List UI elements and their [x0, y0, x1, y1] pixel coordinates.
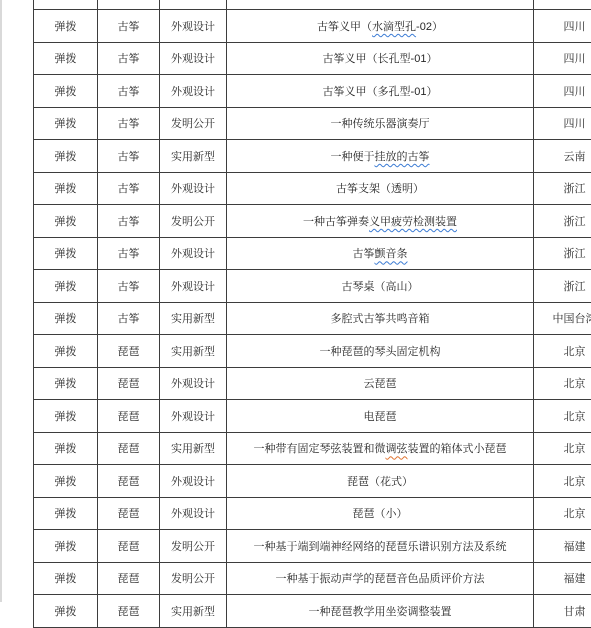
- clipped-row: [34, 0, 591, 10]
- cell-patent-type: 实用新型: [160, 140, 227, 173]
- table-row: 弹拨琵琶实用新型一种带有固定琴弦装置和微调弦装置的箱体式小琵琶北京: [34, 432, 591, 465]
- cell-province: 北京: [534, 335, 591, 368]
- cell-category: 弹拨: [34, 270, 98, 303]
- title-text: 一种传统乐器演奏厅: [331, 118, 430, 130]
- cell-title: 古筝义甲（长孔型-01）: [227, 42, 534, 75]
- title-text: 一种便于: [331, 151, 375, 163]
- cell-province: 浙江: [534, 270, 591, 303]
- cell-category: 弹拨: [34, 367, 98, 400]
- spellcheck-underline: 水滴型孔: [372, 21, 416, 33]
- title-text: 一种琵琶的琴头固定机构: [320, 346, 441, 358]
- title-text: 古筝义甲（多孔型-01）: [323, 86, 438, 98]
- cell-instrument: 古筝: [98, 75, 160, 108]
- cell-patent-type: 实用新型: [160, 302, 227, 335]
- table-row: 弹拨琵琶外观设计云琵琶北京: [34, 367, 591, 400]
- cell-instrument: 琵琶: [98, 465, 160, 498]
- cell-category: 弹拨: [34, 140, 98, 173]
- table-row: 弹拨琵琶实用新型一种琵琶教学用坐姿调整装置甘肃: [34, 595, 591, 603]
- cell-title: 一种基于端到端神经网络的琵琶乐谱识别方法及系统: [227, 530, 534, 563]
- cell-instrument: 琵琶: [98, 400, 160, 433]
- cell-patent-type: 发明公开: [160, 530, 227, 563]
- cell-patent-type: 外观设计: [160, 367, 227, 400]
- cell-instrument: 琵琶: [98, 497, 160, 530]
- cell-patent-type: 外观设计: [160, 497, 227, 530]
- cell-category: 弹拨: [34, 432, 98, 465]
- clipped-cell: [160, 0, 227, 10]
- cell-category: 弹拨: [34, 237, 98, 270]
- cell-patent-type: 外观设计: [160, 75, 227, 108]
- cell-title: 云琵琶: [227, 367, 534, 400]
- table-row: 弹拨古筝外观设计古筝义甲（水滴型孔-02）四川: [34, 10, 591, 43]
- cell-patent-type: 实用新型: [160, 595, 227, 603]
- cell-province: 中国台湾: [534, 302, 591, 335]
- cell-category: 弹拨: [34, 10, 98, 43]
- cell-patent-type: 发明公开: [160, 205, 227, 238]
- cell-province: 福建: [534, 562, 591, 595]
- title-text: 琵琶（小）: [353, 508, 408, 520]
- cell-instrument: 古筝: [98, 205, 160, 238]
- cell-instrument: 琵琶: [98, 562, 160, 595]
- cell-category: 弹拨: [34, 42, 98, 75]
- cell-province: 北京: [534, 432, 591, 465]
- table-row: 弹拨琵琶发明公开一种基于振动声学的琵琶音色品质评价方法福建: [34, 562, 591, 595]
- cell-province: 北京: [534, 400, 591, 433]
- cell-title: 电琵琶: [227, 400, 534, 433]
- table-row: 弹拨古筝外观设计古筝支架（透明）浙江: [34, 172, 591, 205]
- title-text: 多腔式古筝共鸣音箱: [331, 313, 430, 325]
- cell-instrument: 古筝: [98, 237, 160, 270]
- cell-category: 弹拨: [34, 595, 98, 603]
- table-row: 弹拨琵琶实用新型一种琵琶的琴头固定机构北京: [34, 335, 591, 368]
- cell-patent-type: 外观设计: [160, 270, 227, 303]
- cell-title: 一种传统乐器演奏厅: [227, 107, 534, 140]
- cell-instrument: 琵琶: [98, 595, 160, 603]
- title-text: 一种基于端到端神经网络的琵琶乐谱识别方法及系统: [254, 541, 507, 553]
- spellcheck-underline: 颤音条: [375, 248, 408, 260]
- cell-title: 一种琵琶的琴头固定机构: [227, 335, 534, 368]
- cell-title: 琵琶（花式）: [227, 465, 534, 498]
- cell-province: 四川: [534, 10, 591, 43]
- cell-province: 福建: [534, 530, 591, 563]
- cell-patent-type: 外观设计: [160, 172, 227, 205]
- cell-province: 甘肃: [534, 595, 591, 603]
- table-row: 弹拨琵琶外观设计琵琶（小）北京: [34, 497, 591, 530]
- cell-title: 一种带有固定琴弦装置和微调弦装置的箱体式小琵琶: [227, 432, 534, 465]
- cell-category: 弹拨: [34, 107, 98, 140]
- table-row: 弹拨琵琶外观设计琵琶（花式）北京: [34, 465, 591, 498]
- cell-title: 一种基于振动声学的琵琶音色品质评价方法: [227, 562, 534, 595]
- cell-instrument: 琵琶: [98, 367, 160, 400]
- clipped-cell: [227, 0, 534, 10]
- cell-title: 一种琵琶教学用坐姿调整装置: [227, 595, 534, 603]
- cell-instrument: 古筝: [98, 140, 160, 173]
- table-row: 弹拨古筝外观设计古筝义甲（多孔型-01）四川: [34, 75, 591, 108]
- cell-patent-type: 外观设计: [160, 10, 227, 43]
- cell-province: 北京: [534, 497, 591, 530]
- title-text: 一种基于振动声学的琵琶音色品质评价方法: [276, 573, 485, 585]
- title-text: 电琵琶: [364, 411, 397, 423]
- table-row: 弹拨古筝实用新型一种便于挂放的古筝云南: [34, 140, 591, 173]
- cell-category: 弹拨: [34, 530, 98, 563]
- table-row: 弹拨古筝外观设计古筝颤音条浙江: [34, 237, 591, 270]
- cell-province: 四川: [534, 107, 591, 140]
- cell-title: 古筝义甲（多孔型-01）: [227, 75, 534, 108]
- cell-province: 四川: [534, 42, 591, 75]
- cell-instrument: 古筝: [98, 42, 160, 75]
- clipped-cell: [534, 0, 591, 10]
- cell-category: 弹拨: [34, 335, 98, 368]
- title-text: 一种古筝弹奏: [303, 216, 369, 228]
- cell-province: 北京: [534, 465, 591, 498]
- cell-province: 四川: [534, 75, 591, 108]
- cell-patent-type: 发明公开: [160, 562, 227, 595]
- cell-instrument: 古筝: [98, 302, 160, 335]
- table-row: 弹拨古筝外观设计古筝义甲（长孔型-01）四川: [34, 42, 591, 75]
- cell-instrument: 古筝: [98, 107, 160, 140]
- cell-patent-type: 实用新型: [160, 432, 227, 465]
- cell-title: 一种便于挂放的古筝: [227, 140, 534, 173]
- title-text: 古筝支架（透明）: [336, 183, 424, 195]
- cell-category: 弹拨: [34, 497, 98, 530]
- cell-instrument: 古筝: [98, 172, 160, 205]
- table-row: 弹拨古筝发明公开一种古筝弹奏义甲疲劳检测装置浙江: [34, 205, 591, 238]
- cell-province: 云南: [534, 140, 591, 173]
- cell-title: 琵琶（小）: [227, 497, 534, 530]
- cell-category: 弹拨: [34, 75, 98, 108]
- title-text: 装置的箱体式小琵琶: [408, 443, 507, 455]
- cell-patent-type: 外观设计: [160, 42, 227, 75]
- cell-category: 弹拨: [34, 400, 98, 433]
- cell-title: 古筝义甲（水滴型孔-02）: [227, 10, 534, 43]
- cell-category: 弹拨: [34, 465, 98, 498]
- table-row: 弹拨古筝实用新型多腔式古筝共鸣音箱中国台湾: [34, 302, 591, 335]
- table-row: 弹拨琵琶外观设计电琵琶北京: [34, 400, 591, 433]
- clipped-cell: [98, 0, 160, 10]
- patent-table: 弹拨古筝外观设计古筝义甲（水滴型孔-02）四川弹拨古筝外观设计古筝义甲（长孔型-…: [33, 0, 591, 602]
- cell-category: 弹拨: [34, 205, 98, 238]
- cell-patent-type: 外观设计: [160, 237, 227, 270]
- title-text: 云琵琶: [364, 378, 397, 390]
- table-row: 弹拨古筝发明公开一种传统乐器演奏厅四川: [34, 107, 591, 140]
- cell-category: 弹拨: [34, 172, 98, 205]
- cell-province: 浙江: [534, 205, 591, 238]
- cell-category: 弹拨: [34, 562, 98, 595]
- title-text: 古琴桌（高山）: [342, 281, 419, 293]
- cell-patent-type: 外观设计: [160, 400, 227, 433]
- spellcheck-underline: 挂放的古筝: [375, 151, 430, 163]
- page-edge-line: [0, 0, 2, 602]
- title-text: 古筝: [353, 248, 375, 260]
- patent-table-body: 弹拨古筝外观设计古筝义甲（水滴型孔-02）四川弹拨古筝外观设计古筝义甲（长孔型-…: [34, 0, 591, 602]
- cell-province: 浙江: [534, 237, 591, 270]
- cell-category: 弹拨: [34, 302, 98, 335]
- title-text: -02）: [416, 21, 443, 33]
- spellcheck-underline: 调弦: [386, 443, 408, 455]
- table-row: 弹拨琵琶发明公开一种基于端到端神经网络的琵琶乐谱识别方法及系统福建: [34, 530, 591, 563]
- clipped-cell: [34, 0, 98, 10]
- title-text: 琵琶（花式）: [347, 476, 413, 488]
- spellcheck-underline: 义甲疲劳检测装置: [369, 216, 457, 228]
- cell-title: 古琴桌（高山）: [227, 270, 534, 303]
- cell-instrument: 琵琶: [98, 530, 160, 563]
- cell-title: 古筝支架（透明）: [227, 172, 534, 205]
- cell-instrument: 古筝: [98, 10, 160, 43]
- cell-patent-type: 发明公开: [160, 107, 227, 140]
- cell-instrument: 琵琶: [98, 335, 160, 368]
- cell-instrument: 古筝: [98, 270, 160, 303]
- title-text: 古筝义甲（: [317, 21, 372, 33]
- table-row: 弹拨古筝外观设计古琴桌（高山）浙江: [34, 270, 591, 303]
- cell-title: 多腔式古筝共鸣音箱: [227, 302, 534, 335]
- cell-instrument: 琵琶: [98, 432, 160, 465]
- cell-patent-type: 实用新型: [160, 335, 227, 368]
- title-text: 古筝义甲（长孔型-01）: [323, 53, 438, 65]
- cell-province: 北京: [534, 367, 591, 400]
- cell-patent-type: 外观设计: [160, 465, 227, 498]
- cell-title: 古筝颤音条: [227, 237, 534, 270]
- title-text: 一种带有固定琴弦装置和微: [254, 443, 386, 455]
- cell-title: 一种古筝弹奏义甲疲劳检测装置: [227, 205, 534, 238]
- cell-province: 浙江: [534, 172, 591, 205]
